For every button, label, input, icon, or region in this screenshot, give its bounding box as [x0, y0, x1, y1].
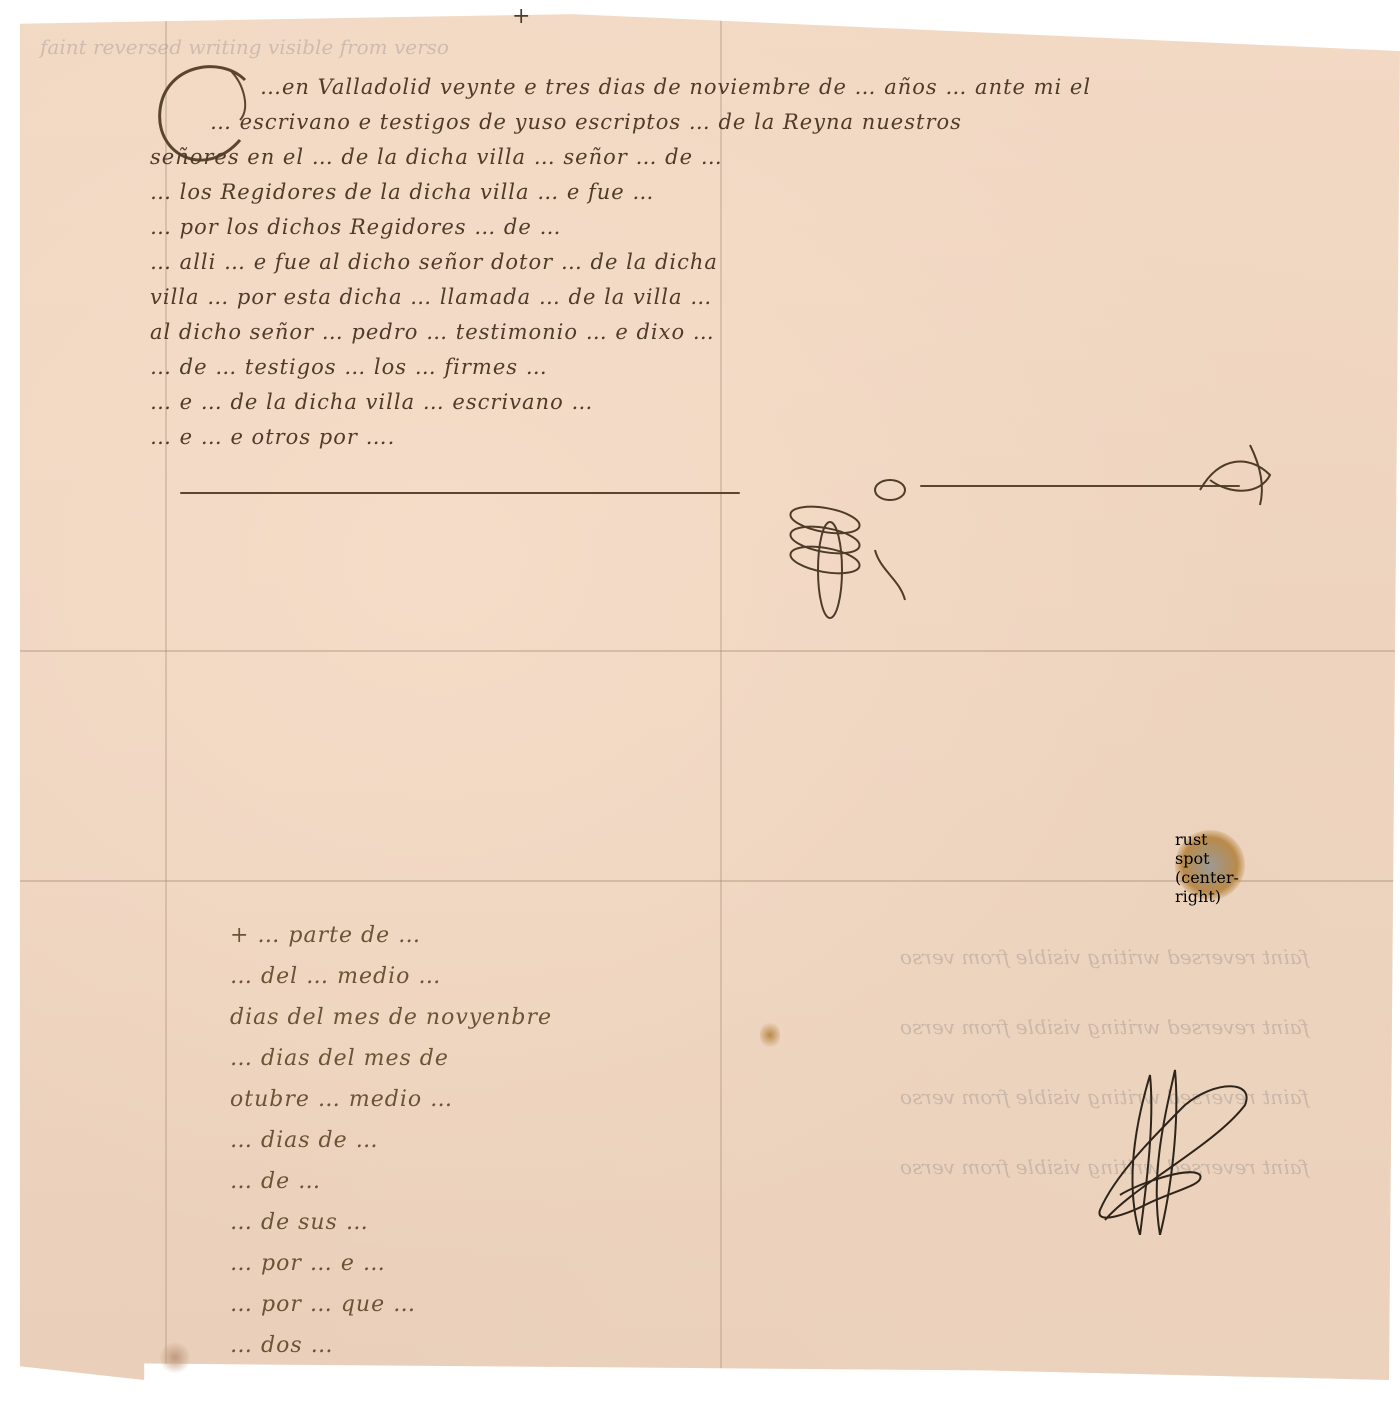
top-text-block: …en Valladolid veynte e tres dias de nov…: [150, 70, 1270, 455]
paper-stain: [160, 1340, 190, 1375]
bleed-through-text: faint reversed writing visible from vers…: [900, 940, 1309, 974]
text-line: … escrivano e testigos de yuso escriptos…: [150, 105, 1270, 140]
text-line: … por los dichos Regidores … de …: [150, 210, 1270, 245]
bleed-through-text: faint reversed writing visible from vers…: [900, 1010, 1309, 1044]
text-line: … de sus …: [230, 1202, 790, 1243]
text-line: … por … e …: [230, 1243, 790, 1284]
bleed-through-text: faint reversed writing visible from vers…: [40, 30, 449, 64]
scribe-signature-rubric: [780, 470, 930, 620]
text-line: villa … por esta dicha … llamada … de la…: [150, 280, 1270, 315]
text-line: dias del mes de novyenbre: [230, 997, 790, 1038]
text-line: … de … testigos … los … firmes …: [150, 350, 1270, 385]
text-line: … e … e otros por ….: [150, 420, 1270, 455]
signature-rubric-right: [1190, 435, 1280, 515]
text-line: … por … que …: [230, 1284, 790, 1325]
text-line: … de …: [230, 1161, 790, 1202]
fold-line-horizontal: [20, 650, 1400, 652]
text-line: … e … de la dicha villa … escrivano …: [150, 385, 1270, 420]
text-line: …en Valladolid veynte e tres dias de nov…: [150, 70, 1270, 105]
text-line: … dias del mes de: [230, 1038, 790, 1079]
text-line: … los Regidores de la dicha villa … e fu…: [150, 175, 1270, 210]
text-line: al dicho señor … pedro … testimonio … e …: [150, 315, 1270, 350]
text-line: … del … medio …: [230, 956, 790, 997]
text-line: otubre … medio …: [230, 1079, 790, 1120]
closing-flourish-line: [180, 492, 740, 494]
text-line: … dos …: [230, 1325, 790, 1366]
text-line: … dias de …: [230, 1120, 790, 1161]
cross-mark: +: [512, 4, 530, 29]
lower-signature-rubric: [1095, 1065, 1255, 1235]
text-line: + … parte de …: [230, 915, 790, 956]
text-line: señores en el … de la dicha villa … seño…: [150, 140, 1270, 175]
bottom-text-block: + … parte de … … del … medio … dias del …: [230, 915, 790, 1366]
rust-stain: rust spot (center-right): [1175, 830, 1245, 900]
text-line: … alli … e fue al dicho señor dotor … de…: [150, 245, 1270, 280]
